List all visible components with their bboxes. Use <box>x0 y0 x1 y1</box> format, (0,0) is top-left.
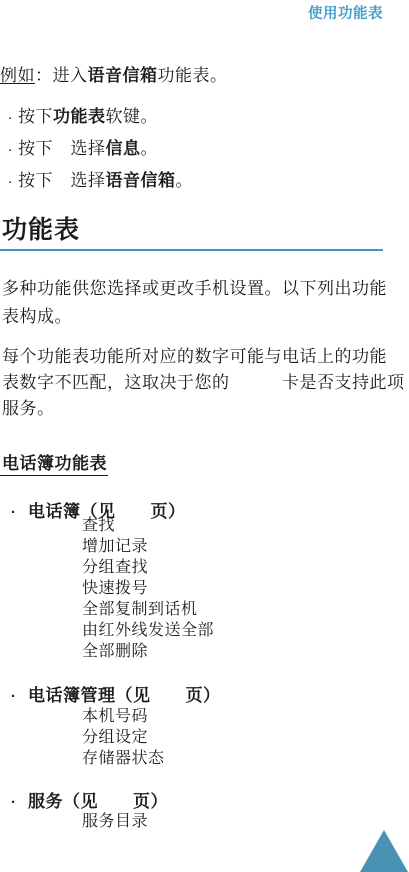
menu-item: 查找 <box>82 515 214 536</box>
step-item-3: . 按下 选择语音信箱。 <box>0 166 193 191</box>
menu-item: 分组设定 <box>82 727 165 748</box>
group-label: 服务（见 页） <box>28 792 168 811</box>
step-bold-text: 功能表 <box>53 107 106 126</box>
step-item-1: . 按下功能表软键。 <box>0 102 158 127</box>
section-title: 功能表 <box>2 217 80 245</box>
step-text: 。 <box>176 171 194 190</box>
group-label: 电话簿管理（见 页） <box>28 686 221 705</box>
group-marker: . <box>11 500 16 517</box>
menu-item: 存储器状态 <box>82 748 165 769</box>
menu-group-phonebook-manage-items: 本机号码 分组设定 存储器状态 <box>82 706 165 769</box>
menu-item: 全部复制到话机 <box>82 599 214 620</box>
menu-item: 分组查找 <box>82 557 214 578</box>
example-line: 例如：进入语音信箱功能表。 <box>0 61 228 86</box>
step-item-2: . 按下 选择信息。 <box>0 134 158 159</box>
paragraph-line: 多种功能供您选择或更改手机设置。以下列出功能 <box>2 275 387 303</box>
example-underlined-text: 例如 <box>0 66 35 85</box>
menu-group-phonebook-manage: . 电话簿管理（见 页） <box>0 681 221 706</box>
step-marker: . <box>8 170 13 187</box>
menu-group-phonebook-items: 查找 增加记录 分组查找 快速拨号 全部复制到话机 由红外线发送全部 全部删除 <box>82 515 214 662</box>
intro-paragraph: 多种功能供您选择或更改手机设置。以下列出功能 表构成。 <box>2 275 387 331</box>
step-marker: . <box>8 106 13 123</box>
menu-item: 由红外线发送全部 <box>82 620 214 641</box>
step-bold-text: 语音信箱 <box>106 171 176 190</box>
example-mid-text: ：进入 <box>35 66 88 85</box>
menu-item: 服务目录 <box>82 811 148 832</box>
group-marker: . <box>11 684 16 701</box>
group-marker: . <box>11 790 16 807</box>
running-header: 使用功能表 <box>308 2 383 23</box>
step-text: 按下 选择 <box>18 171 106 190</box>
step-text: 按下 <box>18 107 53 126</box>
phonebook-subheading: 电话簿功能表 <box>0 449 108 476</box>
menu-item: 全部删除 <box>82 641 214 662</box>
example-tail-text: 功能表。 <box>158 66 228 85</box>
corner-triangle-icon <box>360 830 408 872</box>
section-title-rule <box>0 249 383 251</box>
note-paragraph: 每个功能表功能所对应的数字可能与电话上的功能 表数字不匹配，这取决于您的 卡是否… <box>2 344 405 422</box>
step-marker: . <box>8 138 13 155</box>
paragraph-line: 每个功能表功能所对应的数字可能与电话上的功能 <box>2 344 405 370</box>
example-bold-text: 语音信箱 <box>88 66 158 85</box>
menu-group-service: . 服务（见 页） <box>0 787 168 812</box>
paragraph-line: 表构成。 <box>2 303 387 331</box>
step-text: 软键。 <box>106 107 159 126</box>
step-bold-text: 信息 <box>106 139 141 158</box>
paragraph-line: 表数字不匹配，这取决于您的 卡是否支持此项 <box>2 370 405 396</box>
menu-item: 增加记录 <box>82 536 214 557</box>
step-text: 按下 选择 <box>18 139 106 158</box>
step-text: 。 <box>141 139 159 158</box>
manual-page: { "page": { "running_header": "使用功能表", "… <box>0 0 409 872</box>
menu-group-service-items: 服务目录 <box>82 811 148 832</box>
menu-item: 本机号码 <box>82 706 165 727</box>
paragraph-line: 服务。 <box>2 396 405 422</box>
menu-item: 快速拨号 <box>82 578 214 599</box>
